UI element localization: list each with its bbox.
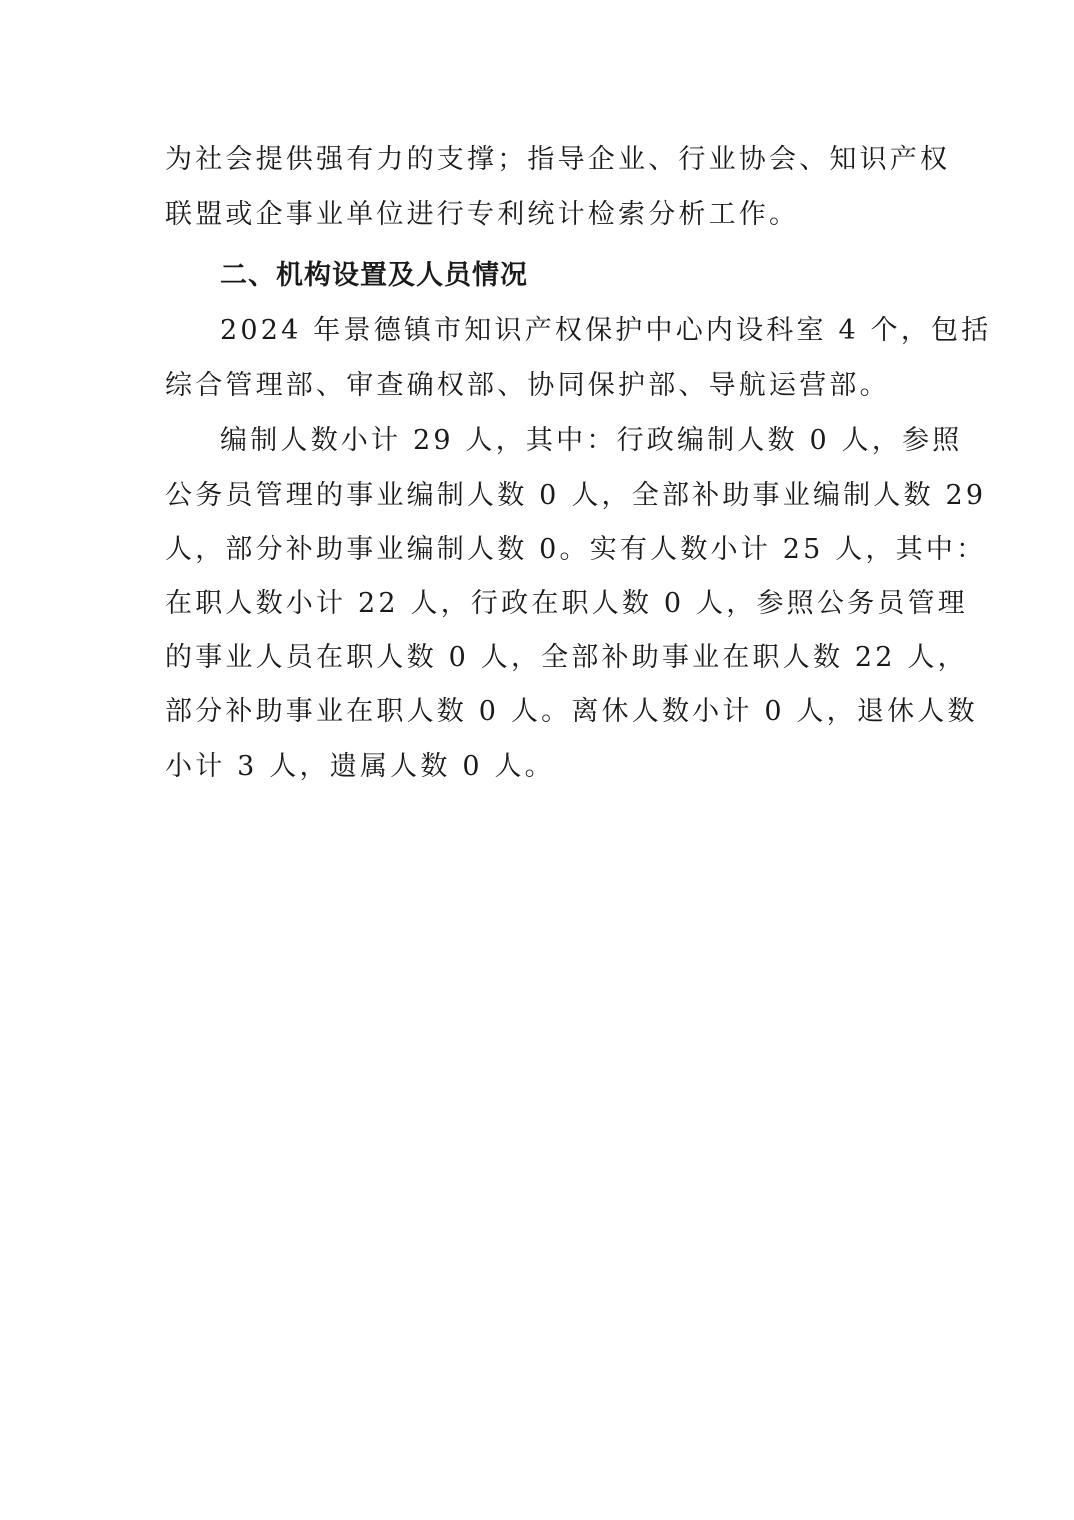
paragraph-line: 2024 年景德镇市知识产权保护中心内设科室 4 个，包括 — [220, 314, 915, 348]
paragraph-line: 公务员管理的事业编制人数 0 人，全部补助事业编制人数 29 — [165, 479, 915, 513]
paragraph-line: 在职人数小计 22 人，行政在职人数 0 人，参照公务员管理 — [165, 587, 915, 621]
paragraph-line: 综合管理部、审查确权部、协同保护部、导航运营部。 — [165, 369, 915, 403]
paragraph-line: 部分补助事业在职人数 0 人。离休人数小计 0 人，退休人数 — [165, 695, 915, 729]
paragraph-line: 小计 3 人，遗属人数 0 人。 — [165, 750, 915, 784]
paragraph-line: 编制人数小计 29 人，其中：行政编制人数 0 人，参照 — [220, 424, 915, 458]
section-heading: 二、机构设置及人员情况 — [220, 259, 915, 293]
paragraph-line: 的事业人员在职人数 0 人，全部补助事业在职人数 22 人， — [165, 641, 915, 675]
paragraph-line: 人，部分补助事业编制人数 0。实有人数小计 25 人，其中： — [165, 533, 915, 567]
paragraph-line: 为社会提供强有力的支撑；指导企业、行业协会、知识产权 — [165, 143, 915, 177]
document-page: 为社会提供强有力的支撑；指导企业、行业协会、知识产权 联盟或企事业单位进行专利统… — [0, 0, 1074, 1520]
paragraph-line: 联盟或企事业单位进行专利统计检索分析工作。 — [165, 198, 915, 232]
